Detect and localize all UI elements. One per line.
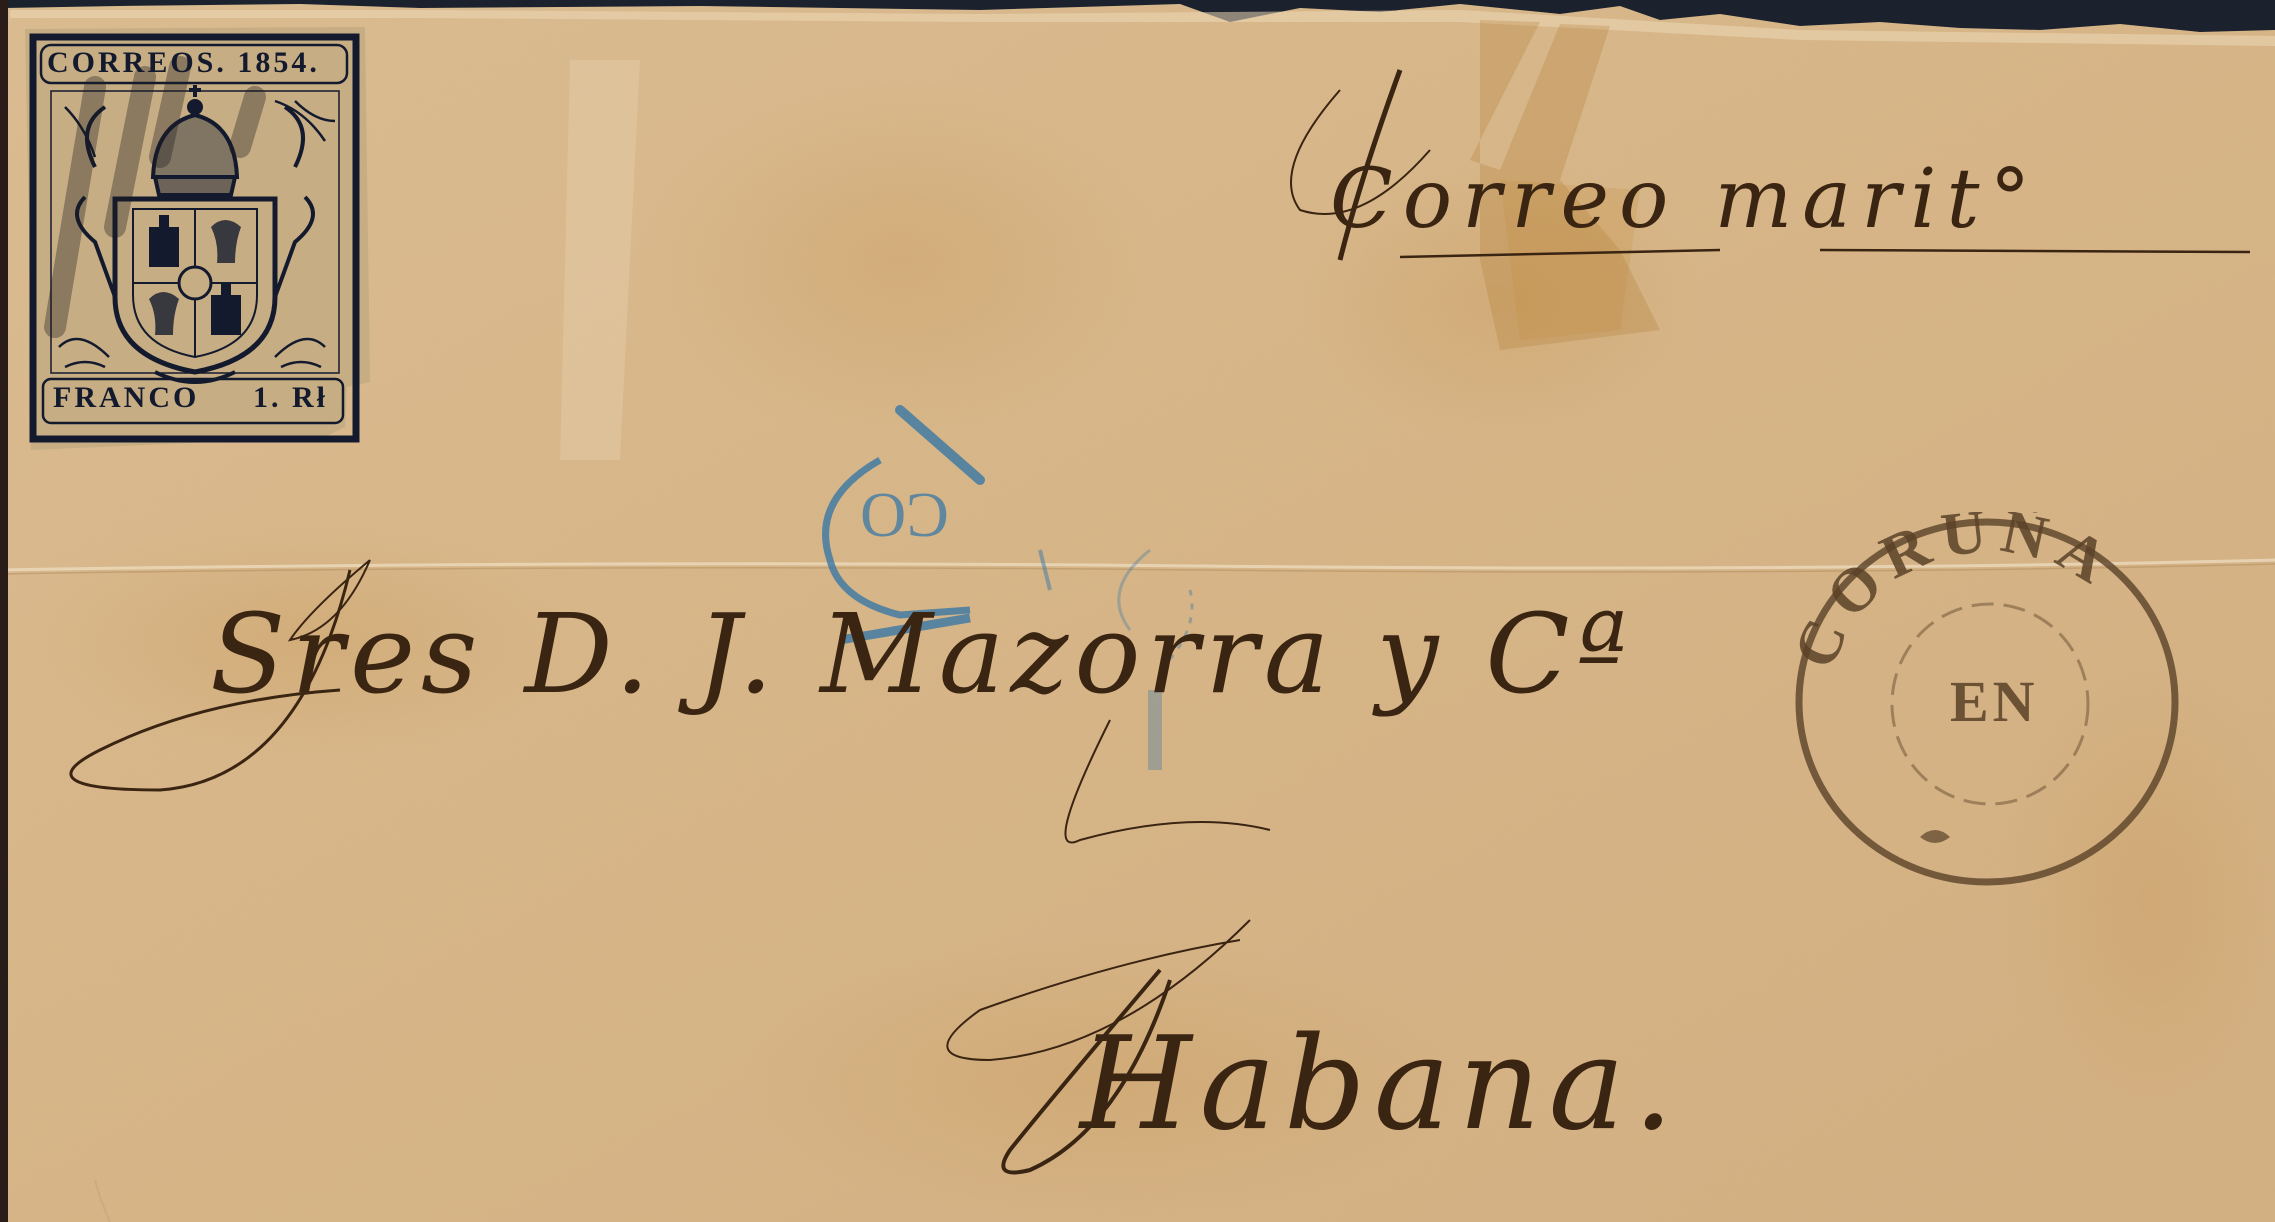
postal-cover: CORREOS. 1854. FRANCO 1. Rł Correo marit… — [0, 0, 2275, 1222]
svg-text:CORUÑA: CORUÑA — [1790, 512, 2128, 678]
postmark-date-text: EN — [1950, 668, 2039, 735]
postmark-town-text: CORUÑA — [1790, 512, 2128, 678]
address-line-2-text: Habana. — [1080, 1010, 1682, 1159]
postage-stamp: CORREOS. 1854. FRANCO 1. Rł — [25, 27, 370, 450]
routing-note-text: Correo marit° — [1330, 152, 2041, 247]
address-line-1-text: Sres D. J. Mazorra y Cª — [210, 590, 1634, 718]
stamp-bottom-label-left: FRANCO — [53, 381, 199, 415]
town-postmark: CORUÑA EN — [1790, 512, 2190, 892]
routing-note: Correo marit° — [1280, 60, 2260, 280]
address-line-2: Habana. — [920, 900, 2020, 1200]
stamp-top-label: CORREOS. 1854. — [47, 46, 320, 80]
address-line-1: Sres D. J. Mazorra y Cª — [40, 520, 1800, 860]
stamp-bottom-label-right: 1. Rł — [253, 381, 328, 415]
